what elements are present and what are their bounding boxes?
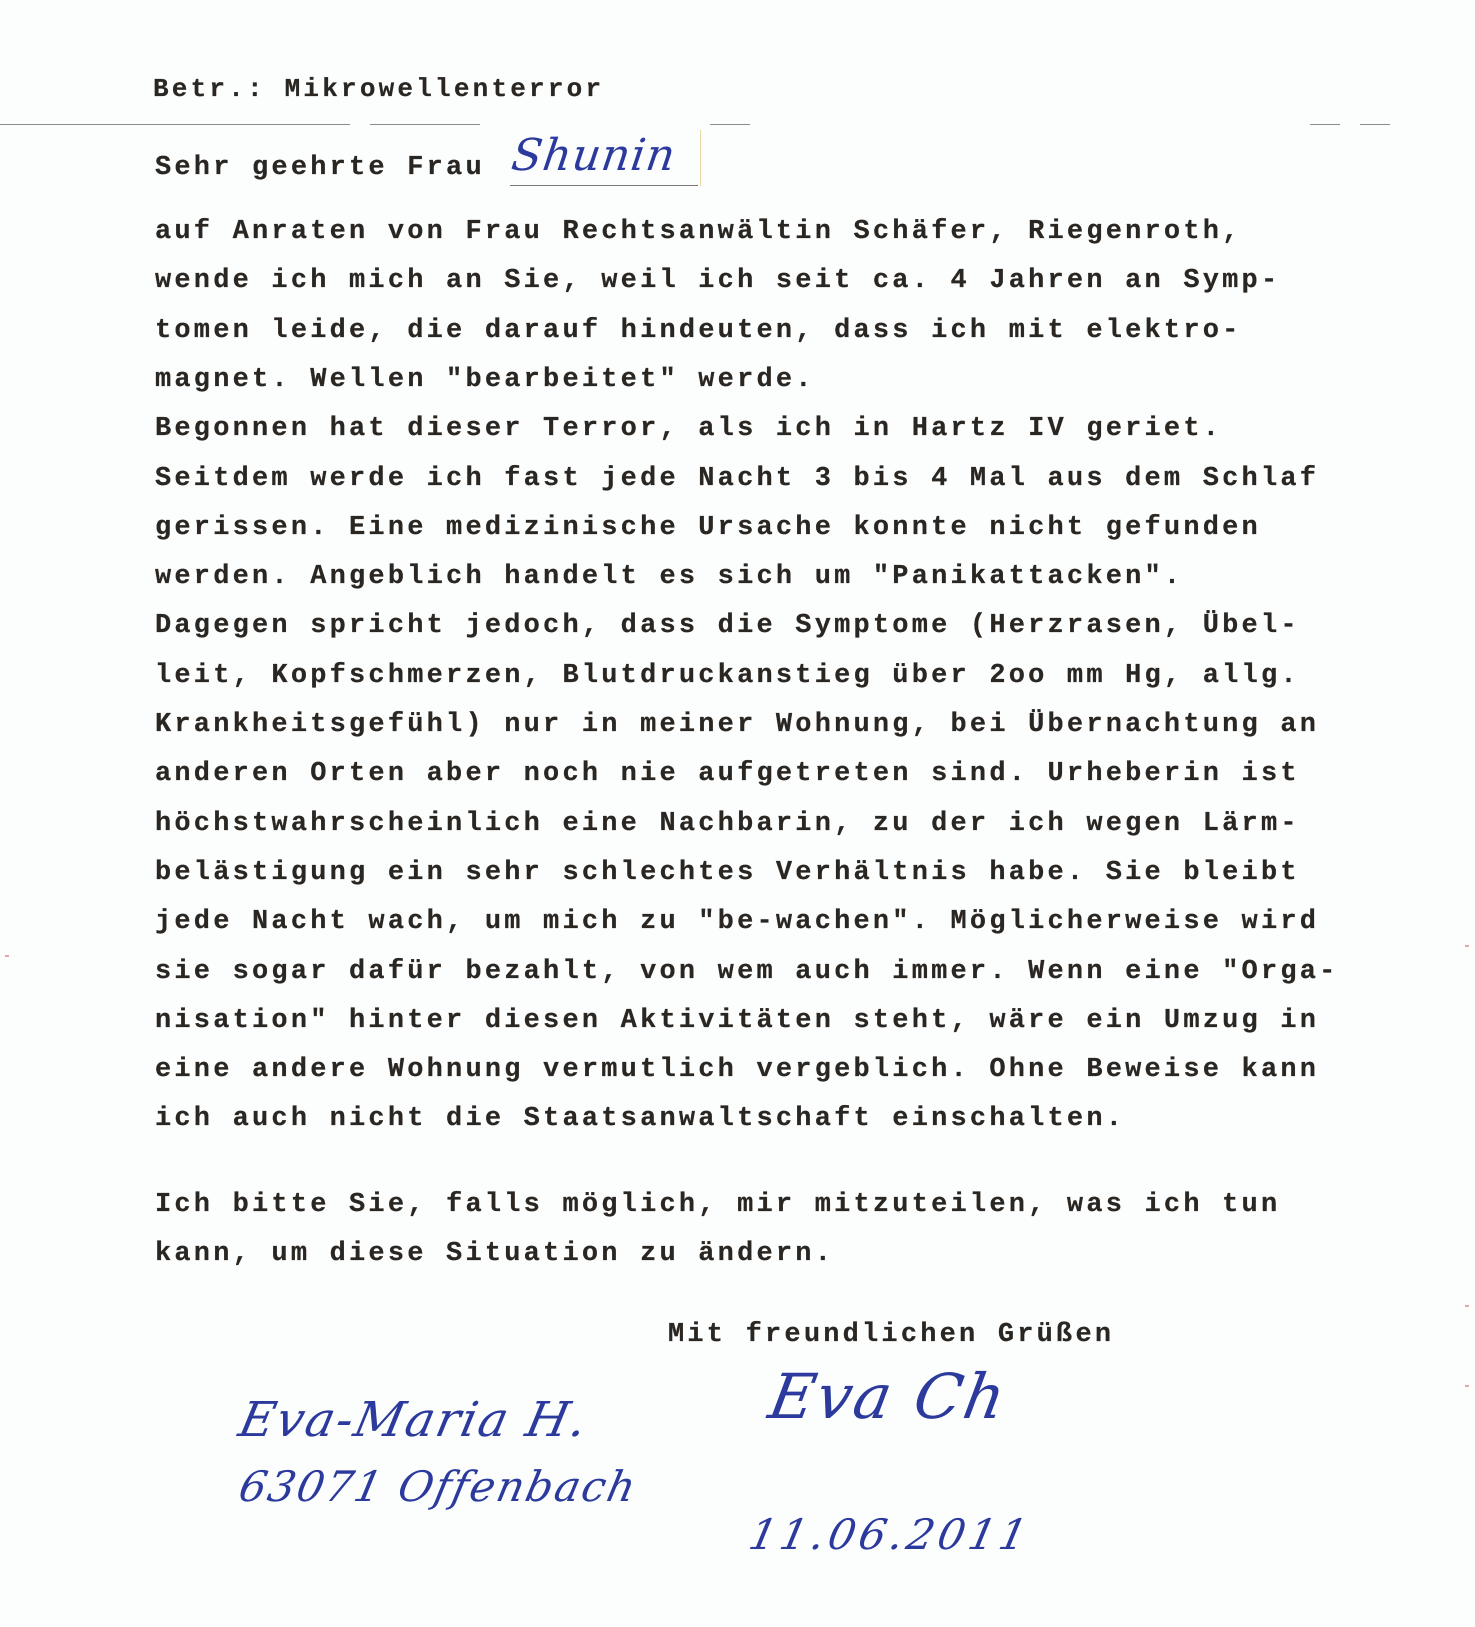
recipient-underline [510,185,698,186]
body-line: wende ich mich an Sie, weil ich seit ca.… [155,266,1280,296]
body-line: sie sogar dafür bezahlt, von wem auch im… [155,957,1339,987]
body-line: Krankheitsgefühl) nur in meiner Wohnung,… [155,710,1319,740]
body-line: höchstwahrscheinlich eine Nachbarin, zu … [155,809,1300,839]
letter-page: Betr.: Mikrowellenterror Sehr geehrte Fr… [0,0,1475,1627]
scan-speck [1465,945,1469,947]
body-line: jede Nacht wach, um mich zu "be-wachen".… [155,907,1319,937]
body-line: anderen Orten aber noch nie aufgetreten … [155,759,1300,789]
body-line: Ich bitte Sie, falls möglich, mir mitzut… [155,1190,1280,1220]
separator-rule [1360,124,1390,125]
body-line: Seitdem werde ich fast jede Nacht 3 bis … [155,464,1319,494]
body-line: leit, Kopfschmerzen, Blutdruckanstieg üb… [155,661,1300,691]
signature: Eva Ch [764,1360,1013,1433]
body-line: werden. Angeblich handelt es sich um "Pa… [155,562,1183,592]
body-line: Dagegen spricht jedoch, dass die Symptom… [155,611,1300,641]
scan-speck [5,955,9,957]
body-line: auf Anraten von Frau Rechtsanwältin Schä… [155,217,1242,247]
body-line: Begonnen hat dieser Terror, als ich in H… [155,414,1222,444]
body-line: ich auch nicht die Staatsanwaltschaft ei… [155,1104,1125,1134]
body-line: magnet. Wellen "bearbeitet" werde. [155,365,815,395]
sender-name-handwritten: Eva-Maria H. [234,1392,594,1448]
separator-rule [0,124,350,125]
body-line: nisation" hinter diesen Aktivitäten steh… [155,1006,1319,1036]
recipient-name-handwritten: Shunin [508,130,679,181]
separator-rule [1310,124,1340,125]
date-handwritten: 11.06.2011 [745,1510,1036,1559]
closing-phrase: Mit freundlichen Grüßen [668,1320,1114,1350]
body-line: kann, um diese Situation zu ändern. [155,1239,834,1269]
salutation: Sehr geehrte Frau [155,153,485,183]
body-line: gerissen. Eine medizinische Ursache konn… [155,513,1261,543]
body-line: eine andere Wohnung vermutlich vergeblic… [155,1055,1319,1085]
separator-rule [710,124,750,125]
sender-city-handwritten: 63071 Offenbach [235,1462,642,1511]
scan-speck [1465,1385,1469,1387]
body-line: tomen leide, die darauf hindeuten, dass … [155,316,1242,346]
scan-speck [1465,1305,1469,1307]
separator-rule [370,124,480,125]
subject-line: Betr.: Mikrowellenterror [153,74,604,104]
body-line: belästigung ein sehr schlechtes Verhältn… [155,858,1300,888]
recipient-box-edge [700,130,701,186]
